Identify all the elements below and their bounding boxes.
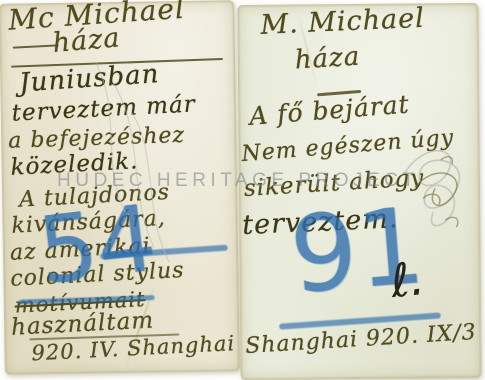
handwriting-line: Juniusban <box>18 61 160 96</box>
handwriting-line: háza <box>294 44 361 74</box>
ink-mark: ℓ. <box>389 255 427 304</box>
handwriting-line: háza <box>52 24 122 57</box>
blue-crayon-number: 54 <box>34 193 161 298</box>
handwriting-line: A fő bejárat <box>248 91 410 129</box>
handwriting-line: a befejezéshez <box>8 125 186 153</box>
watermark-text: HUDEC HERITAGE PROJECT <box>57 170 419 192</box>
handwriting-line: Nem egészen úgy <box>241 127 455 166</box>
scanned-photo-two-handwritten-cards: Mc Michael háza Juniusban terveztem már … <box>0 0 485 380</box>
handwriting-line: terveztem már <box>11 93 196 125</box>
handwriting-line: M. Michael <box>260 5 425 39</box>
